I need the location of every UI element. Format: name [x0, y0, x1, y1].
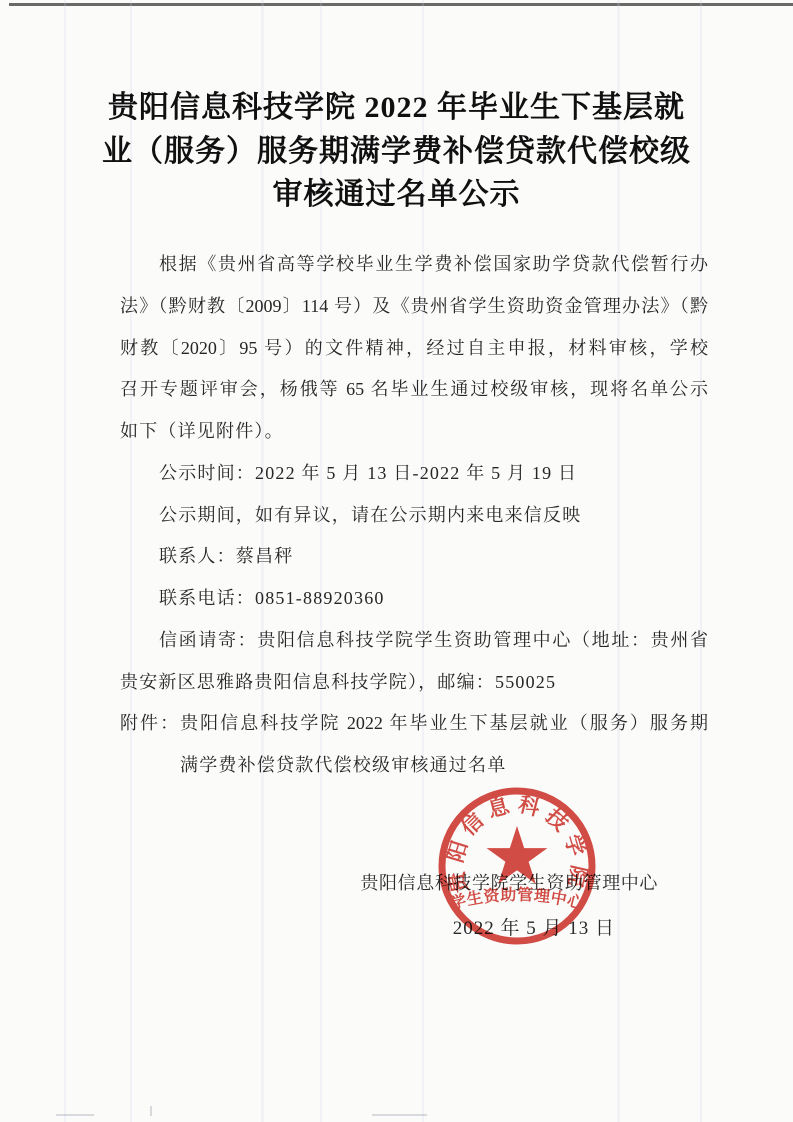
mail-address-line-2: 贵安新区思雅路贵阳信息科技学院），邮编：550025: [120, 662, 708, 704]
body-line: 根据《贵州省高等学校毕业生学费补偿国家助学贷款代偿暂行办: [120, 244, 708, 286]
objection-line: 公示期间，如有异议，请在公示期内来电来信反映: [120, 495, 708, 537]
official-seal: 贵阳信息科技学院 学生资助管理中心: [427, 776, 607, 956]
scan-noise-mark: [150, 1106, 152, 1116]
notice-period-line: 公示时间：2022 年 5 月 13 日-2022 年 5 月 19 日: [120, 453, 708, 495]
document-body: 根据《贵州省高等学校毕业生学费补偿国家助学贷款代偿暂行办 法》（黔财教〔2009…: [120, 244, 708, 787]
scan-noise-mark: [56, 1114, 94, 1116]
body-line: 财教〔2020〕95 号）的文件精神，经过自主申报，材料审核，学校: [120, 328, 708, 370]
body-line: 如下（详见附件）。: [120, 411, 708, 453]
scanned-document-page: 贵阳信息科技学院 2022 年毕业生下基层就 业（服务）服务期满学费补偿贷款代偿…: [0, 0, 793, 1122]
scan-noise-mark: [372, 1114, 427, 1116]
title-line-3: 审核通过名单公示: [40, 173, 753, 217]
scan-top-edge-artifact: [9, 3, 793, 6]
contact-phone-line: 联系电话：0851-88920360: [120, 578, 708, 620]
body-line: 法》（黔财教〔2009〕114 号）及《贵州省学生资助资金管理办法》（黔: [120, 286, 708, 328]
contact-person-line: 联系人：蔡昌秤: [120, 536, 708, 578]
title-line-2: 业（服务）服务期满学费补偿贷款代偿校级: [40, 130, 753, 174]
document-title: 贵阳信息科技学院 2022 年毕业生下基层就 业（服务）服务期满学费补偿贷款代偿…: [40, 86, 753, 217]
attachment-line-2: 满学费补偿贷款代偿校级审核通过名单: [120, 745, 708, 787]
mail-address-line-1: 信函请寄：贵阳信息科技学院学生资助管理中心（地址：贵州省: [120, 620, 708, 662]
title-line-1: 贵阳信息科技学院 2022 年毕业生下基层就: [40, 86, 753, 130]
attachment-line-1: 附件：贵阳信息科技学院 2022 年毕业生下基层就业（服务）服务期: [120, 703, 708, 745]
body-line: 召开专题评审会，杨俄等 65 名毕业生通过校级审核，现将名单公示: [120, 369, 708, 411]
seal-star-icon: [487, 826, 548, 884]
